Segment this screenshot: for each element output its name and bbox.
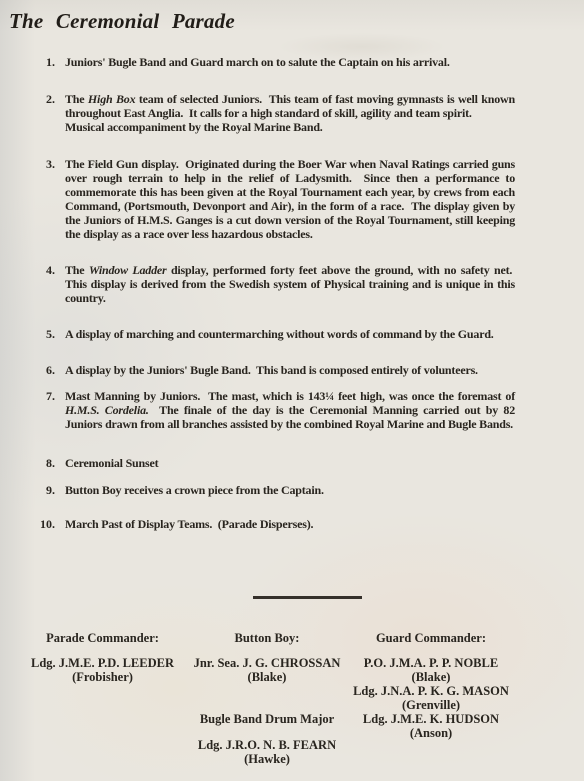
official-name: Ldg. J.R.O. N. B. FEARN — [186, 738, 348, 752]
official-ship: (Blake) — [348, 670, 514, 684]
event-number: 4. — [32, 263, 55, 277]
event-number: 9. — [32, 483, 55, 497]
event-text-italic: Window Ladder — [89, 263, 167, 277]
official-name: Ldg. J.M.E. K. HUDSON — [348, 712, 514, 726]
officials-column: Button Boy:Jnr. Sea. J. G. CHROSSAN(Blak… — [186, 631, 348, 766]
event-text: The High Box team of selected Juniors. T… — [65, 92, 515, 134]
event-text-run: The — [65, 263, 89, 277]
event-text: The Window Ladder display, performed for… — [65, 263, 515, 305]
event-number: 7. — [32, 389, 55, 403]
event-text: March Past of Display Teams. (Parade Dis… — [65, 517, 515, 531]
event-text-italic: H.M.S. Cordelia. — [65, 403, 149, 417]
event-text-run: The Field Gun display. Originated during… — [65, 157, 515, 241]
event-list: 1.Juniors' Bugle Band and Guard march on… — [0, 55, 584, 531]
official-name: P.O. J.M.A. P. P. NOBLE — [348, 656, 514, 670]
officials-column: Guard Commander:P.O. J.M.A. P. P. NOBLE(… — [348, 631, 514, 740]
event-item: 10.March Past of Display Teams. (Parade … — [32, 517, 584, 531]
event-text-run: Ceremonial Sunset — [65, 456, 158, 470]
event-number: 5. — [32, 327, 55, 341]
event-text: A display by the Juniors' Bugle Band. Th… — [65, 363, 515, 377]
official-name: Ldg. J.N.A. P. K. G. MASON — [348, 684, 514, 698]
officials-heading: Parade Commander: — [10, 631, 195, 645]
officials-heading: Button Boy: — [186, 631, 348, 645]
event-text-run: The — [65, 92, 88, 106]
event-text-run: A display of marching and countermarchin… — [65, 327, 494, 341]
official-subheading: Bugle Band Drum Major — [186, 712, 348, 726]
official-name: Jnr. Sea. J. G. CHROSSAN — [186, 656, 348, 670]
event-item: 2.The High Box team of selected Juniors.… — [32, 92, 584, 134]
official-ship: (Anson) — [348, 726, 514, 740]
event-text: Juniors' Bugle Band and Guard march on t… — [65, 55, 515, 69]
event-text-italic: High Box — [88, 92, 135, 106]
event-text-run: Button Boy receives a crown piece from t… — [65, 483, 324, 497]
event-item: 8.Ceremonial Sunset — [32, 456, 584, 470]
event-text-run: March Past of Display Teams. (Parade Dis… — [65, 517, 313, 531]
event-item: 9.Button Boy receives a crown piece from… — [32, 483, 584, 497]
official-ship: (Hawke) — [186, 752, 348, 766]
official-ship: (Blake) — [186, 670, 348, 684]
event-number: 3. — [32, 157, 55, 171]
event-text: Button Boy receives a crown piece from t… — [65, 483, 515, 497]
event-item: 3.The Field Gun display. Originated duri… — [32, 157, 584, 241]
officials-heading: Guard Commander: — [348, 631, 514, 645]
event-number: 2. — [32, 92, 55, 106]
event-text: Ceremonial Sunset — [65, 456, 515, 470]
event-item: 5.A display of marching and countermarch… — [32, 327, 584, 341]
official-ship: (Frobisher) — [10, 670, 195, 684]
event-text-run: Mast Manning by Juniors. The mast, which… — [65, 389, 515, 403]
event-text: The Field Gun display. Originated during… — [65, 157, 515, 241]
officials-column: Parade Commander:Ldg. J.M.E. P.D. LEEDER… — [10, 631, 195, 684]
event-number: 6. — [32, 363, 55, 377]
official-name: Ldg. J.M.E. P.D. LEEDER — [10, 656, 195, 670]
event-number: 8. — [32, 456, 55, 470]
event-item: 4.The Window Ladder display, performed f… — [32, 263, 584, 305]
event-text: A display of marching and countermarchin… — [65, 327, 515, 341]
event-text: Mast Manning by Juniors. The mast, which… — [65, 389, 515, 431]
official-ship: (Grenville) — [348, 698, 514, 712]
program-page: The Ceremonial Parade 1.Juniors' Bugle B… — [0, 0, 584, 781]
event-number: 10. — [32, 517, 55, 531]
section-divider-rule — [253, 596, 362, 599]
event-text-run: A display by the Juniors' Bugle Band. Th… — [65, 363, 478, 377]
event-item: 1.Juniors' Bugle Band and Guard march on… — [32, 55, 584, 69]
event-item: 7.Mast Manning by Juniors. The mast, whi… — [32, 389, 584, 431]
page-title: The Ceremonial Parade — [0, 0, 584, 33]
officials-section: Parade Commander:Ldg. J.M.E. P.D. LEEDER… — [0, 631, 584, 781]
event-text-run: Juniors' Bugle Band and Guard march on t… — [65, 55, 450, 69]
event-text-run: Musical accompaniment by the Royal Marin… — [65, 120, 323, 134]
event-item: 6.A display by the Juniors' Bugle Band. … — [32, 363, 584, 377]
event-number: 1. — [32, 55, 55, 69]
